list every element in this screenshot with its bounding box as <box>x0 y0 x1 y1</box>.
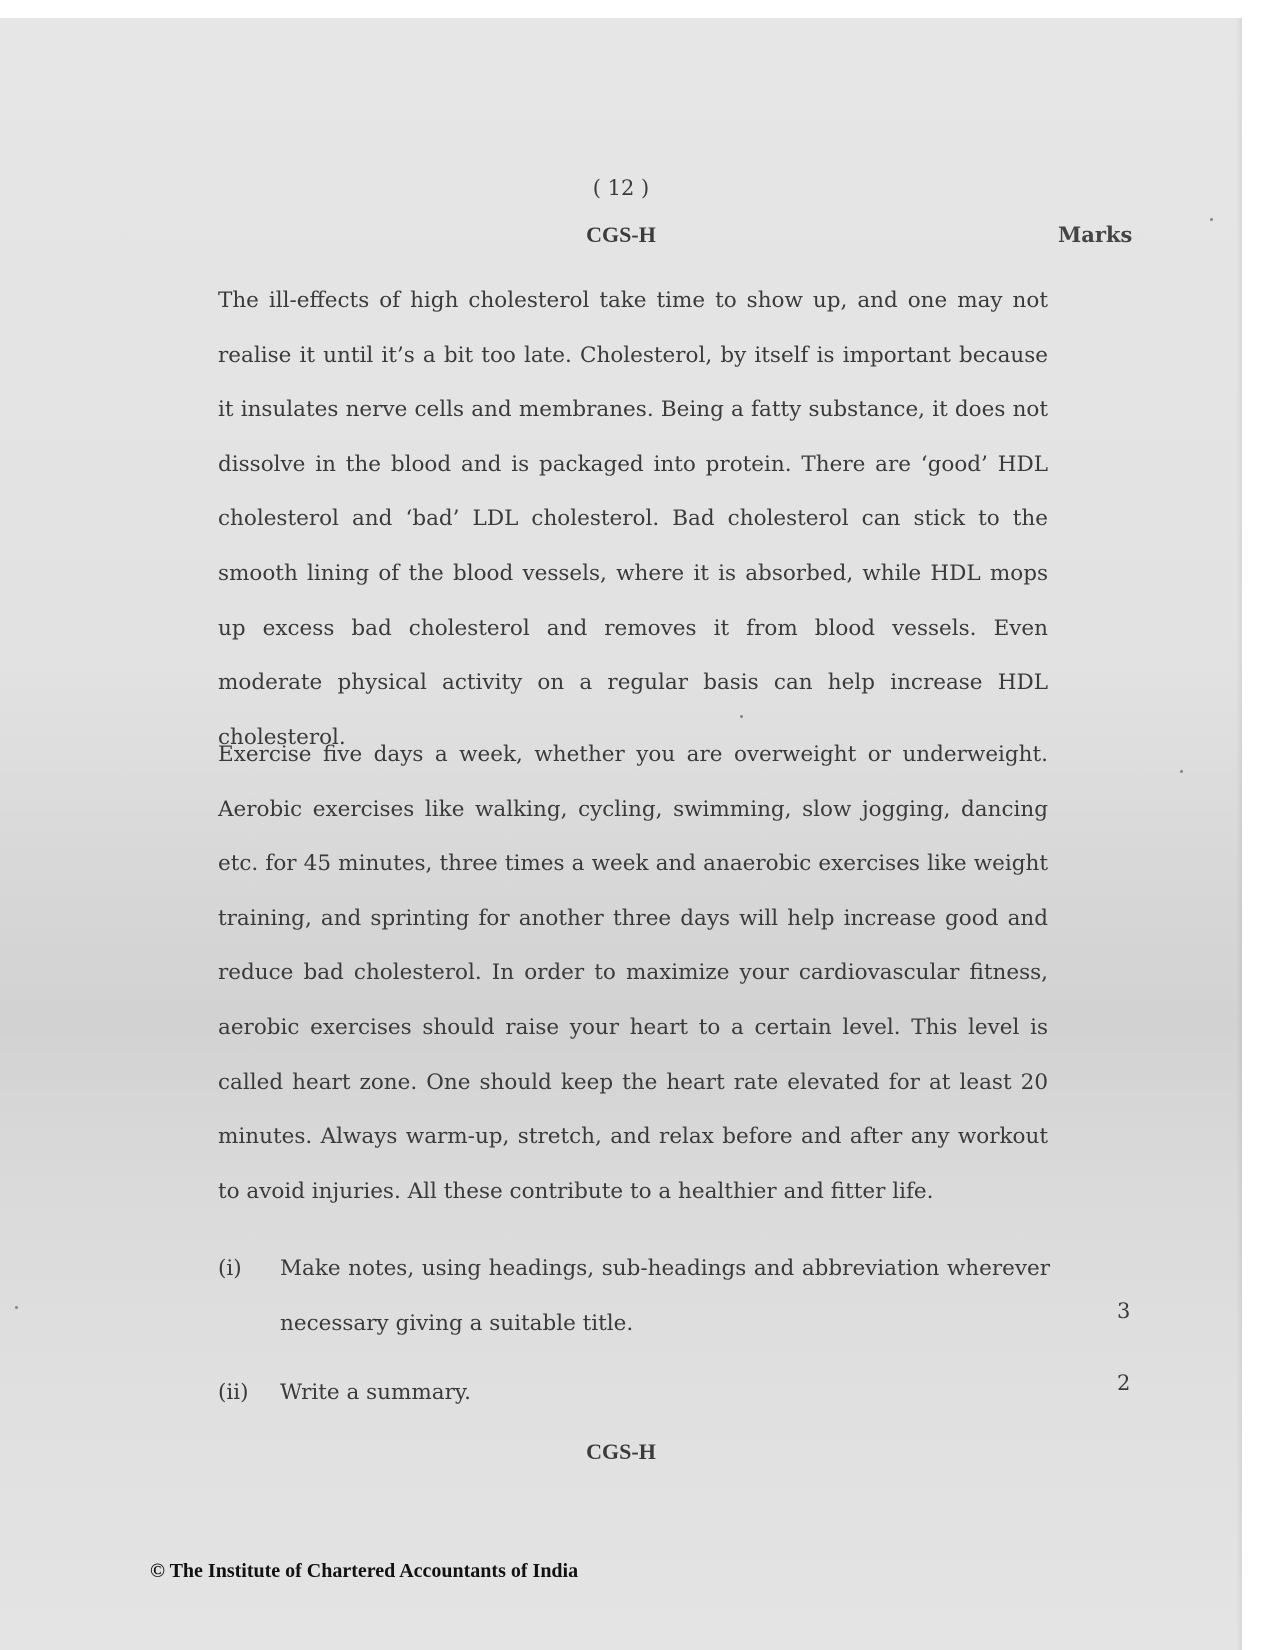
scan-speck <box>740 715 743 718</box>
paper-code-header: CGS-H <box>0 222 1242 248</box>
passage-paragraph-2: Exercise five days a week, whether you a… <box>218 728 1048 1219</box>
question-number: (ii) <box>218 1366 249 1421</box>
question-marks-2: 2 <box>1117 1371 1130 1395</box>
question-item-2: (ii) Write a summary. <box>218 1366 1048 1421</box>
question-text: Make notes, using headings, sub-headings… <box>280 1242 1050 1351</box>
question-item-1: (i) Make notes, using headings, sub-head… <box>218 1242 1048 1352</box>
exam-page: ( 12 ) CGS-H Marks The ill-effects of hi… <box>0 0 1242 1650</box>
passage-paragraph-1: The ill-effects of high cholesterol take… <box>218 274 1048 765</box>
copyright-notice: © The Institute of Chartered Accountants… <box>150 1560 578 1583</box>
question-marks-1: 3 <box>1117 1299 1130 1323</box>
question-text: Write a summary. <box>280 1366 1050 1421</box>
scan-top-margin <box>0 0 1275 18</box>
page-number: ( 12 ) <box>0 176 1242 200</box>
scan-speck <box>15 1306 18 1309</box>
scan-speck <box>1210 218 1213 221</box>
paper-code-footer: CGS-H <box>0 1439 1242 1465</box>
marks-column-heading: Marks <box>1058 222 1132 247</box>
scan-speck <box>1180 770 1183 773</box>
question-number: (i) <box>218 1242 242 1297</box>
